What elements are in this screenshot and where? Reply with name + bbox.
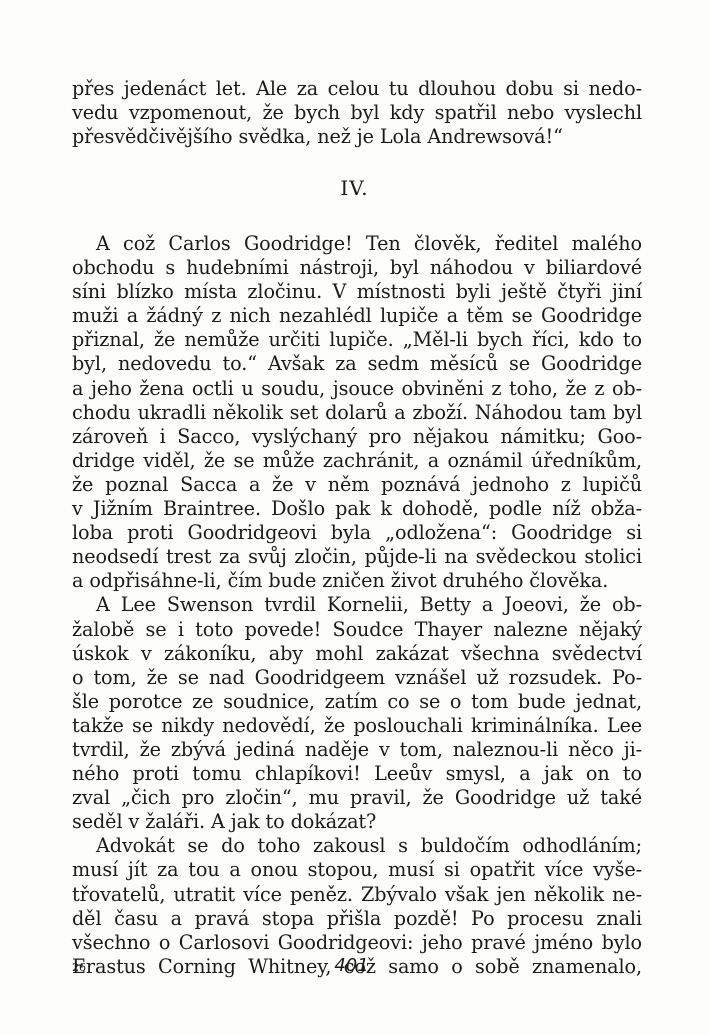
text-line: tvrdil, že zbývá jediná naděje v tom, na… <box>72 738 642 762</box>
text-line: že poznal Sacca a že v něm poznává jedno… <box>72 473 642 497</box>
text-line: přesvědčivějšího svědka, než je Lola And… <box>72 125 642 149</box>
text-line: žalobě se i toto povede! Soudce Thayer n… <box>72 618 642 642</box>
text-line: děl času a pravá stopa přišla pozdě! Po … <box>72 907 642 931</box>
text-line: třovatelů, utratit více peněz. Zbývalo v… <box>72 883 642 907</box>
text-line: musí jít za tou a onou stopou, musí si o… <box>72 858 642 882</box>
continuation-paragraph: přes jedenáct let. Ale za celou tu dlouh… <box>72 77 642 149</box>
page-number: 401 <box>0 955 709 976</box>
text-line: zároveň i Sacco, vyslýchaný pro nějakou … <box>72 425 642 449</box>
text-line: seděl v žaláři. A jak to dokázat? <box>72 810 642 834</box>
book-page: přes jedenáct let. Ale za celou tu dlouh… <box>0 0 709 1035</box>
text-line: o tom, že se nad Goodridgeem vznášel už … <box>72 666 642 690</box>
text-line: a odpřisáhne-li, čím bude zničen život d… <box>72 569 642 593</box>
chapter-body: A což Carlos Goodridge! Ten člověk, ředi… <box>72 232 642 979</box>
text-line: dridge viděl, že se může zachránit, a oz… <box>72 449 642 473</box>
text-line: A Lee Swenson tvrdil Kornelii, Betty a J… <box>72 593 642 617</box>
chapter-heading: IV. <box>0 176 709 200</box>
text-line: chodu ukradli několik set dolarů a zboží… <box>72 401 642 425</box>
text-line: obchodu s hudebními nástroji, byl náhodo… <box>72 256 642 280</box>
text-line: v Jižním Braintree. Došlo pak k dohodě, … <box>72 497 642 521</box>
text-line: neodsedí trest za svůj zločin, půjde-li … <box>72 545 642 569</box>
text-line: a jeho žena octli u soudu, jsouce obvině… <box>72 377 642 401</box>
text-line: přes jedenáct let. Ale za celou tu dlouh… <box>72 77 642 101</box>
text-line: přiznal, že nemůže určiti lupiče. „Měl-l… <box>72 328 642 352</box>
text-line: všechno o Carlosovi Goodridgeovi: jeho p… <box>72 931 642 955</box>
text-line: takže se nikdy nedovědí, že poslouchali … <box>72 714 642 738</box>
text-line: byl, nedovedu to.“ Avšak za sedm měsíců … <box>72 352 642 376</box>
text-line: šle porotce ze soudnice, zatím co se o t… <box>72 690 642 714</box>
text-line: úskok v zákoníku, aby mohl zakázat všech… <box>72 642 642 666</box>
text-line: zval „čich pro zločin“, mu pravil, že Go… <box>72 786 642 810</box>
text-line: síni blízko místa zločinu. V místnosti b… <box>72 280 642 304</box>
text-line: muži a žádný z nich nezahlédl lupiče a t… <box>72 304 642 328</box>
text-line: A což Carlos Goodridge! Ten člověk, ředi… <box>72 232 642 256</box>
text-line: vedu vzpomenout, že bych byl kdy spatřil… <box>72 101 642 125</box>
text-line: ného proti tomu chlapíkovi! Leeův smysl,… <box>72 762 642 786</box>
text-line: loba proti Goodridgeovi byla „odložena“:… <box>72 521 642 545</box>
text-line: Advokát se do toho zakousl s buldočím od… <box>72 834 642 858</box>
